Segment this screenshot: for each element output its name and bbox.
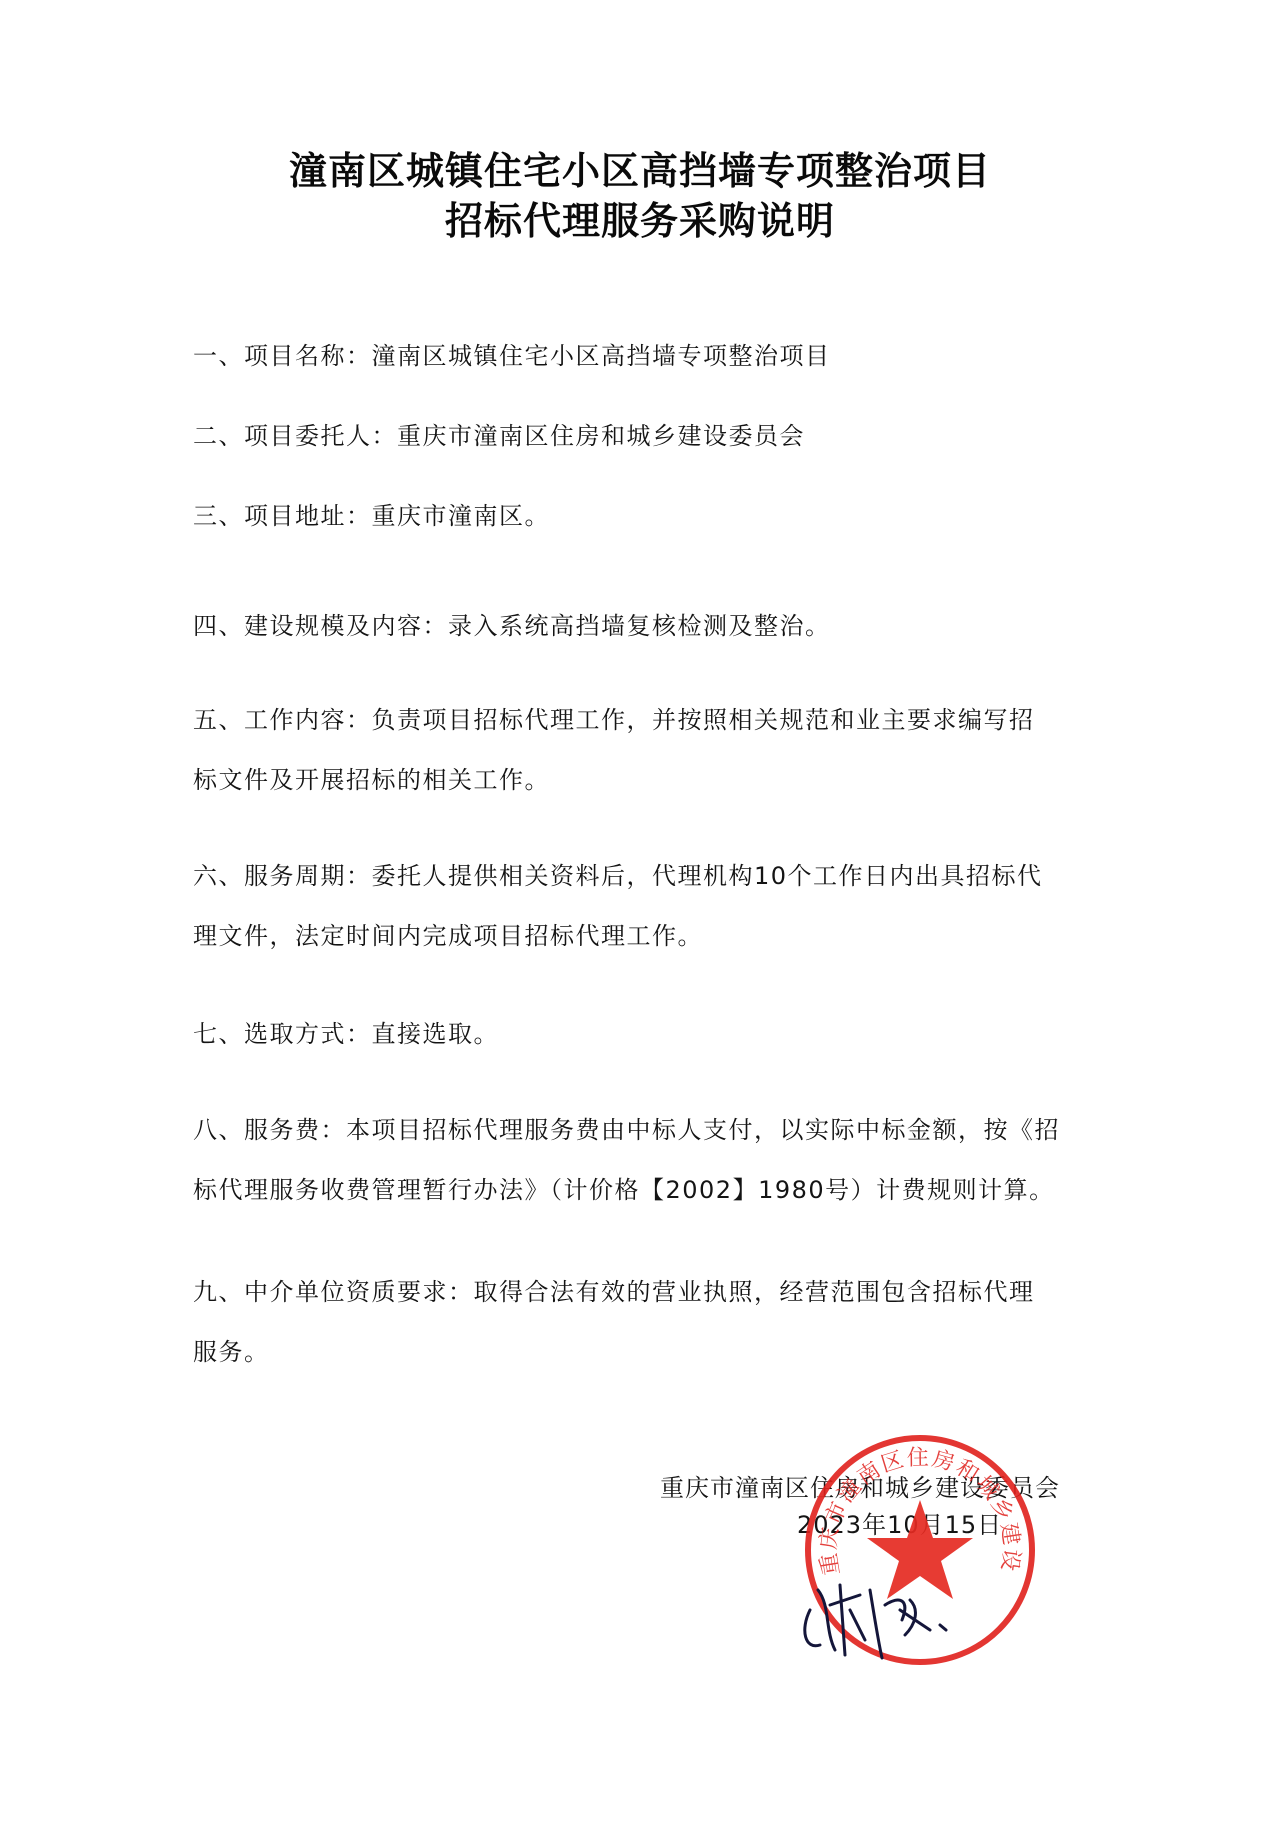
section-text: 理文件，法定时间内完成项目招标代理工作。 [193,906,1083,966]
svg-text:重庆市潼南区住房和城乡建设委员会: 重庆市潼南区住房和城乡建设委员会 [800,1430,1024,1577]
section-5-work-content: 五、工作内容：负责项目招标代理工作，并按照相关规范和业主要求编写招 标文件及开展… [193,690,1083,810]
section-text: 六、服务周期：委托人提供相关资料后，代理机构10个工作日内出具招标代 [193,846,1083,906]
section-text: 标文件及开展招标的相关工作。 [193,750,1083,810]
section-9-qualification: 九、中介单位资质要求：取得合法有效的营业执照，经营范围包含招标代理 服务。 [193,1262,1083,1382]
section-8-service-fee: 八、服务费：本项目招标代理服务费由中标人支付，以实际中标金额，按《招 标代理服务… [193,1100,1083,1220]
signing-organization: 重庆市潼南区住房和城乡建设委员会 [660,1468,1060,1503]
section-text: 三、项目地址：重庆市潼南区。 [193,486,1083,546]
section-2-client: 二、项目委托人：重庆市潼南区住房和城乡建设委员会 [193,406,1083,466]
seal-ring-text: 重庆市潼南区住房和城乡建设委员会 [800,1430,1024,1577]
section-text: 九、中介单位资质要求：取得合法有效的营业执照，经营范围包含招标代理 [193,1262,1083,1322]
section-text: 标代理服务收费管理暂行办法》（计价格【2002】1980号）计费规则计算。 [193,1160,1083,1220]
section-7-selection-method: 七、选取方式：直接选取。 [193,1004,1083,1064]
document-title-line-1: 潼南区城镇住宅小区高挡墙专项整治项目 [0,140,1280,195]
section-text: 二、项目委托人：重庆市潼南区住房和城乡建设委员会 [193,406,1083,466]
section-text: 服务。 [193,1322,1083,1382]
section-1-project-name: 一、项目名称：潼南区城镇住宅小区高挡墙专项整治项目 [193,326,1083,386]
document-title-line-2: 招标代理服务采购说明 [0,190,1280,245]
section-text: 八、服务费：本项目招标代理服务费由中标人支付，以实际中标金额，按《招 [193,1100,1083,1160]
section-text: 四、建设规模及内容：录入系统高挡墙复核检测及整治。 [193,596,1083,656]
section-text: 七、选取方式：直接选取。 [193,1004,1083,1064]
section-3-address: 三、项目地址：重庆市潼南区。 [193,486,1083,546]
handwritten-signature [790,1550,970,1660]
official-seal-stamp: 重庆市潼南区住房和城乡建设委员会 [800,1430,1040,1670]
section-6-service-period: 六、服务周期：委托人提供相关资料后，代理机构10个工作日内出具招标代 理文件，法… [193,846,1083,966]
section-text: 一、项目名称：潼南区城镇住宅小区高挡墙专项整治项目 [193,326,1083,386]
section-4-scale: 四、建设规模及内容：录入系统高挡墙复核检测及整治。 [193,596,1083,656]
section-text: 五、工作内容：负责项目招标代理工作，并按照相关规范和业主要求编写招 [193,690,1083,750]
signing-date: 2023年10月15日 [797,1505,1002,1540]
